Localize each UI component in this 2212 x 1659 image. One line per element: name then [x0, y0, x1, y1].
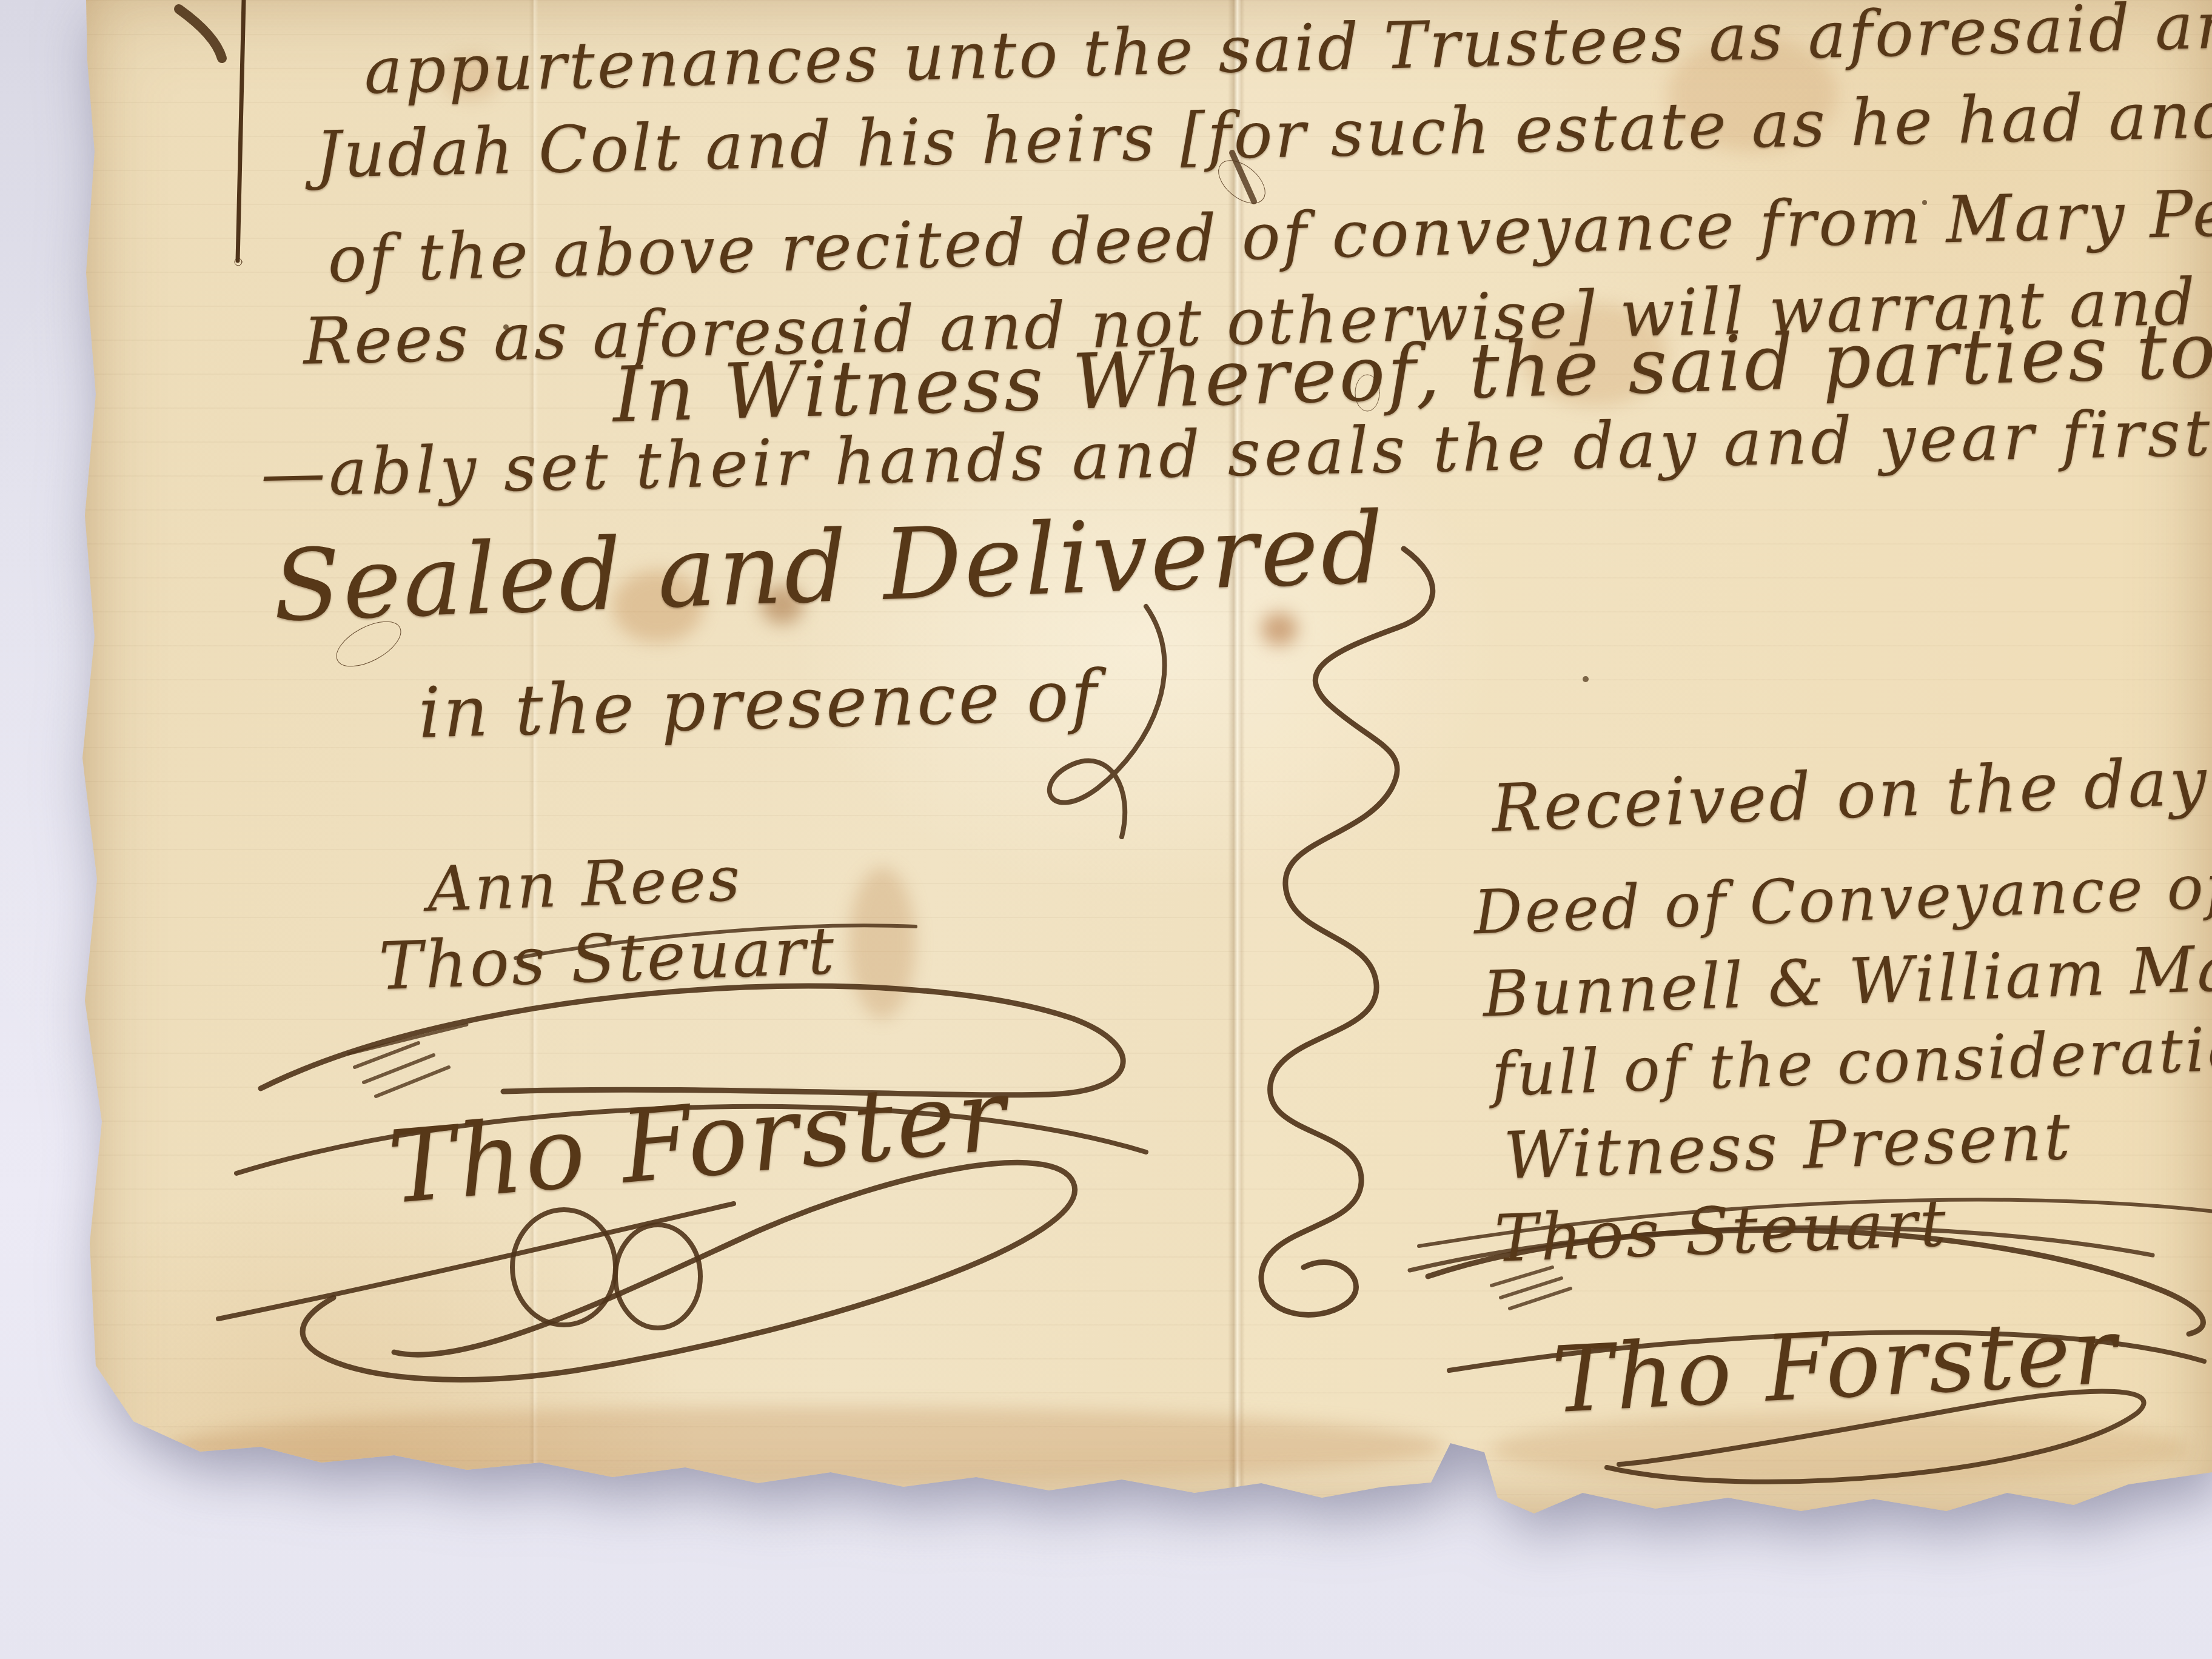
signature-tho-forster-right: Tho Forster: [1550, 1306, 2121, 1427]
witness-name-thos-steuart-right: Thos Steuart: [1493, 1191, 1949, 1272]
photo-of-manuscript: appurtenances unto the said Trustees as …: [0, 0, 2212, 1659]
margin-rule-line: [179, 0, 244, 266]
deed-paper: appurtenances unto the said Trustees as …: [79, 0, 2212, 1528]
witness-name-ann-rees: Ann Rees: [426, 848, 743, 921]
stain: [170, 1407, 1443, 1486]
stain: [1261, 612, 1298, 646]
signature-tho-forster-left: Tho Forster: [385, 1065, 1012, 1219]
stain: [849, 867, 916, 1019]
speck: [1583, 676, 1589, 682]
sealed-delivered-heading: Sealed and Delivered: [272, 499, 1388, 636]
presence-line: in the presence of: [418, 661, 1101, 748]
receipt-line-witness-present: Witness Present: [1503, 1105, 2073, 1190]
paper-sheet-wrap: appurtenances unto the said Trustees as …: [79, 0, 2212, 1528]
witness-name-thos-steuart: Thos Steuart: [378, 919, 837, 1000]
